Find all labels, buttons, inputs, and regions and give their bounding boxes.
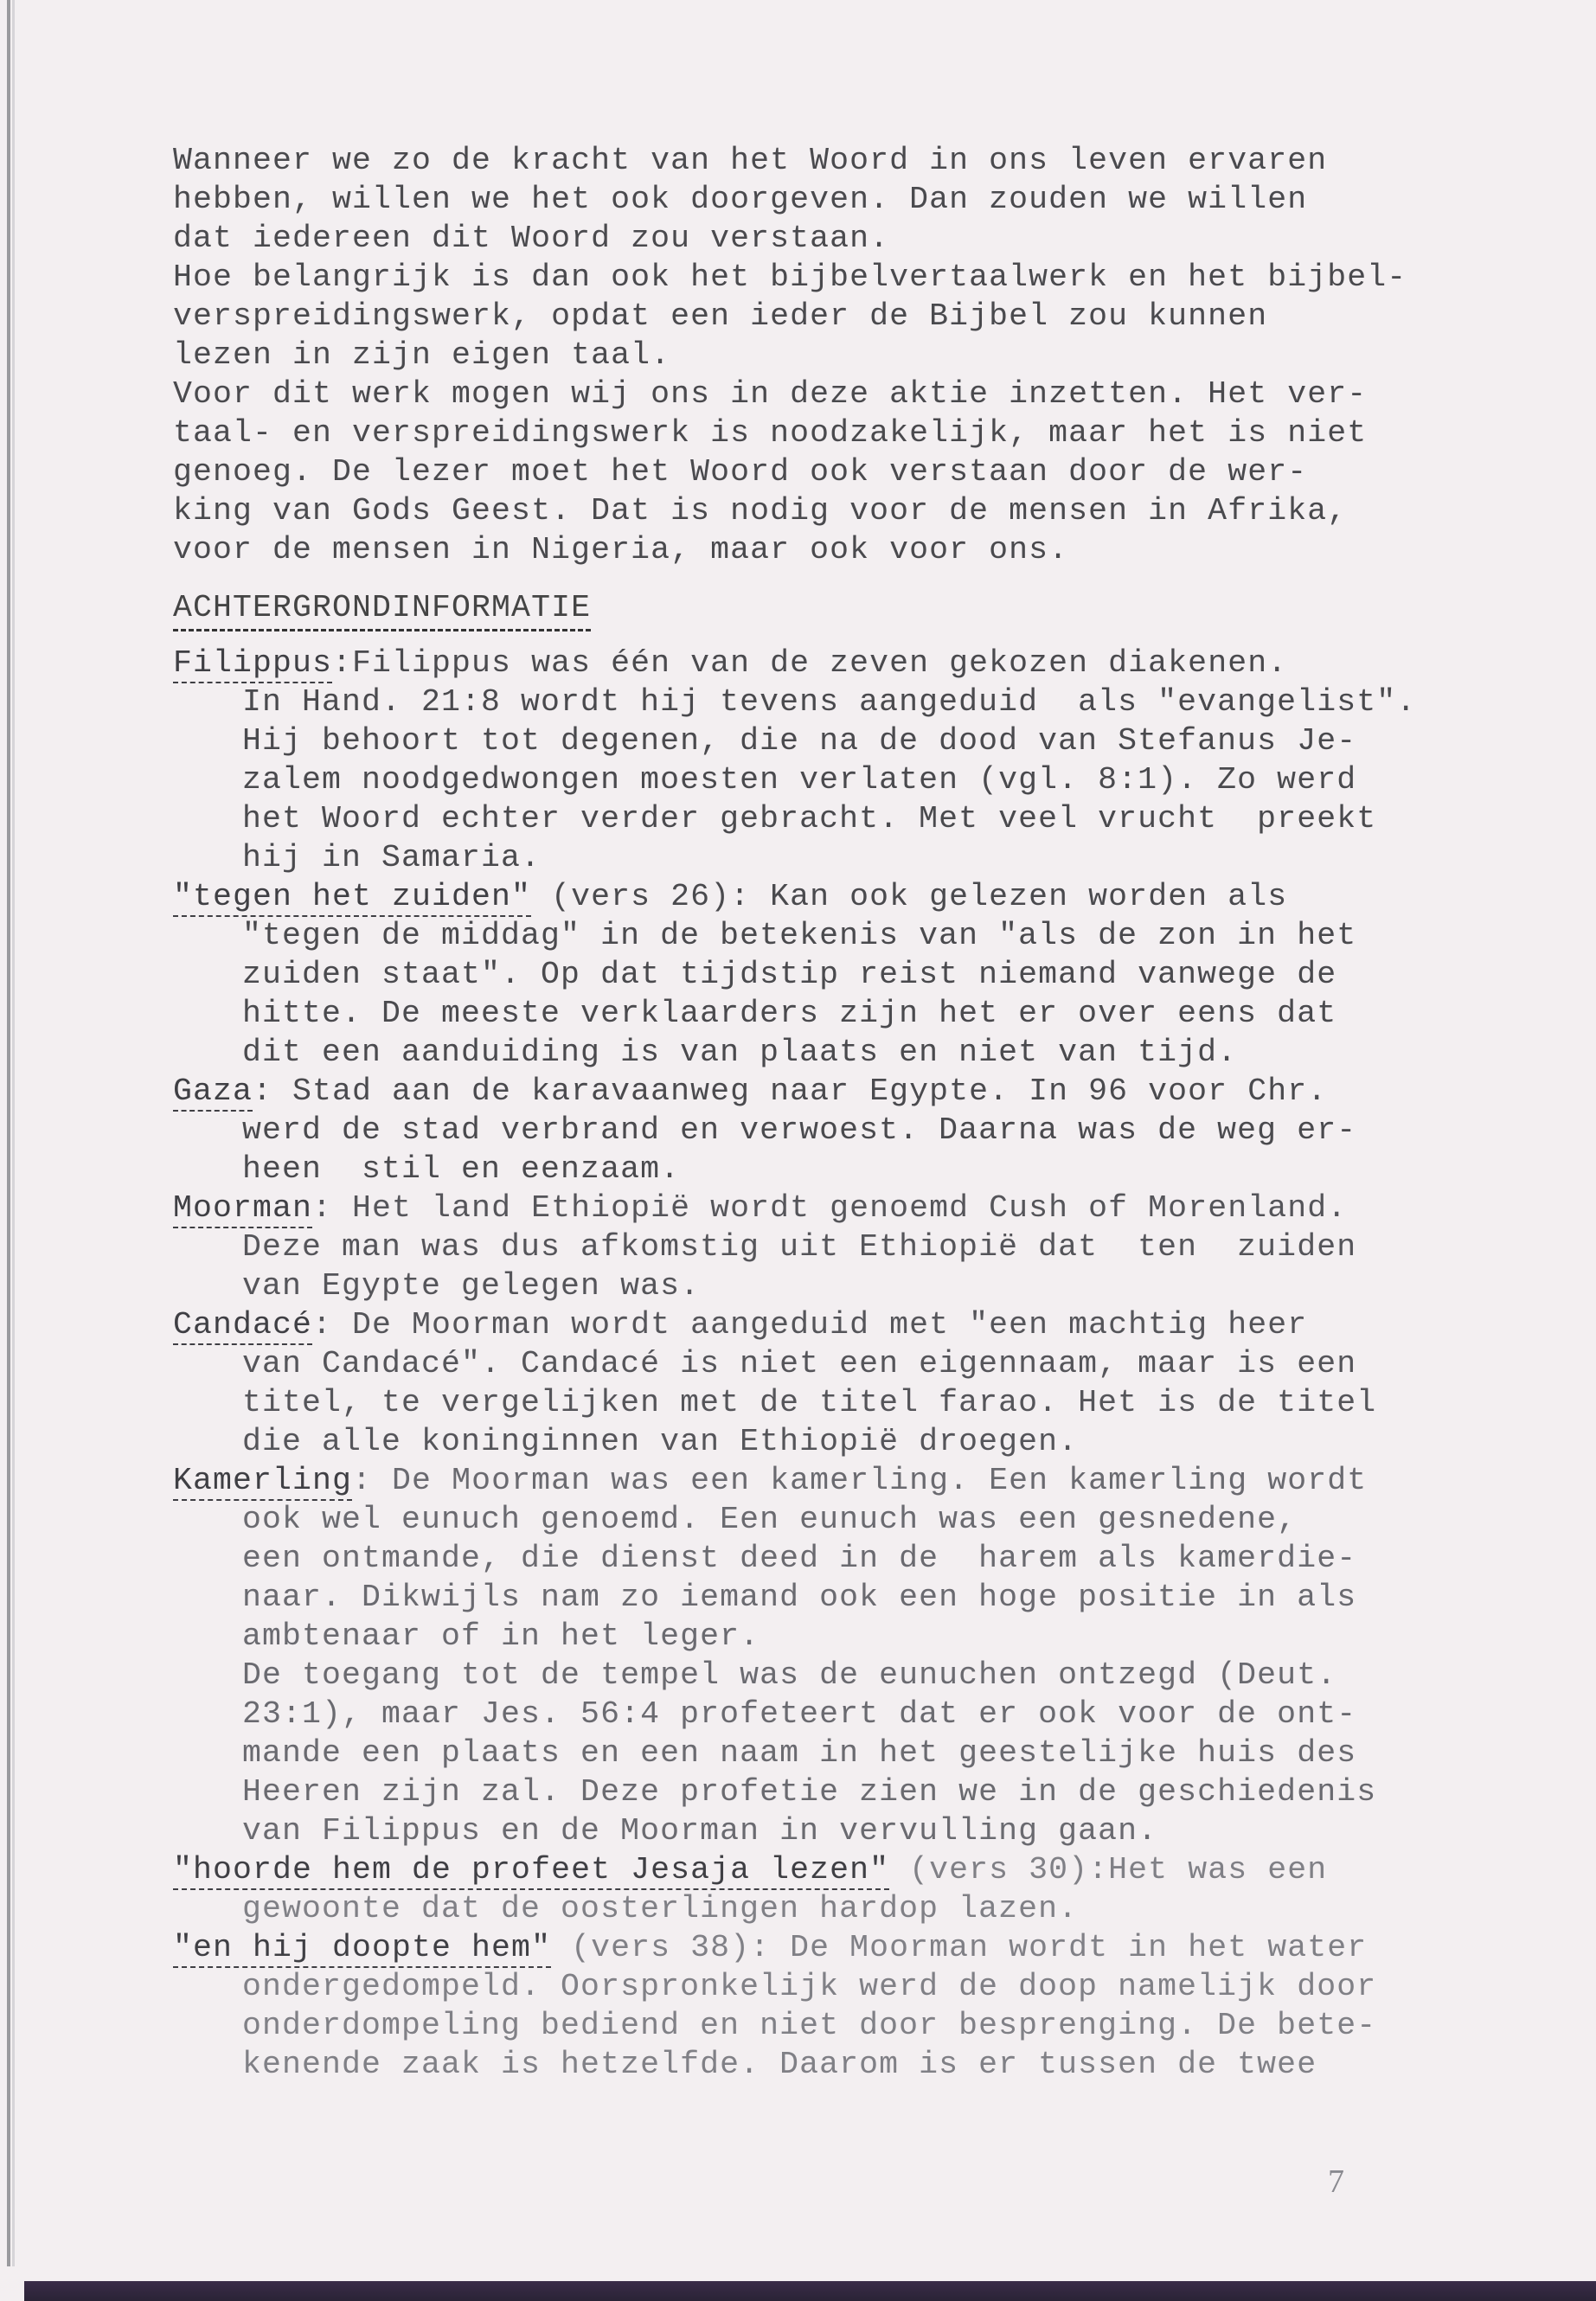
section-heading: ACHTERGRONDINFORMATIE (173, 588, 591, 631)
text-line: voor de mensen in Nigeria, maar ook voor… (173, 530, 1471, 569)
page-number: 7 (1328, 2163, 1344, 2201)
entry-line: dit een aanduiding is van plaats en niet… (173, 1033, 1471, 1072)
glossary-entry: "hoorde hem de profeet Jesaja lezen" (ve… (173, 1850, 1471, 1928)
entry-term: Candacé (173, 1307, 312, 1343)
glossary-entry: Gaza: Stad aan de karavaanweg naar Egypt… (173, 1072, 1471, 1189)
entry-first-line: "tegen het zuiden" (vers 26): Kan ook ge… (173, 877, 1471, 916)
entry-term: "hoorde hem de profeet Jesaja lezen" (173, 1852, 889, 1888)
glossary-entry: Kamerling: De Moorman was een kamerling.… (173, 1461, 1471, 1850)
entry-text: : De Moorman was een kamerling. Een kame… (352, 1463, 1367, 1498)
entry-line: van Candacé". Candacé is niet een eigenn… (173, 1344, 1471, 1383)
entry-first-line: Gaza: Stad aan de karavaanweg naar Egypt… (173, 1072, 1471, 1111)
scan-bottom-edge (24, 2281, 1596, 2301)
text-line: Hoe belangrijk is dan ook het bijbelvert… (173, 258, 1471, 297)
entry-text: (vers 26): Kan ook gelezen worden als (531, 879, 1287, 914)
entry-term: "tegen het zuiden" (173, 879, 531, 914)
entry-line: heen stil en eenzaam. (173, 1150, 1471, 1189)
entry-line: Deze man was dus afkomstig uit Ethiopië … (173, 1227, 1471, 1266)
entry-line: titel, te vergelijken met de titel farao… (173, 1383, 1471, 1422)
text-line: taal- en verspreidingswerk is noodzakeli… (173, 413, 1471, 452)
glossary-entry: Moorman: Het land Ethiopië wordt genoemd… (173, 1189, 1471, 1305)
entry-text: : Stad aan de karavaanweg naar Egypte. I… (253, 1074, 1327, 1109)
binding-edge-shadow (12, 0, 15, 2266)
entry-text: :Filippus was één van de zeven gekozen d… (332, 645, 1287, 681)
entry-line: 23:1), maar Jes. 56:4 profeteert dat er … (173, 1695, 1471, 1734)
entry-line: kenende zaak is hetzelfde. Daarom is er … (173, 2045, 1471, 2084)
entry-term: Gaza (173, 1074, 253, 1109)
text-line: hebben, willen we het ook doorgeven. Dan… (173, 180, 1471, 219)
entry-text: (vers 38): De Moorman wordt in het water (551, 1930, 1367, 1965)
entry-term: Kamerling (173, 1463, 352, 1498)
text-line: Voor dit werk mogen wij ons in deze akti… (173, 375, 1471, 413)
text-line: dat iedereen dit Woord zou verstaan. (173, 219, 1471, 258)
entry-first-line: Kamerling: De Moorman was een kamerling.… (173, 1461, 1471, 1500)
text-line: verspreidingswerk, opdat een ieder de Bi… (173, 297, 1471, 336)
background-entries: Filippus:Filippus was één van de zeven g… (173, 644, 1471, 2084)
text-line: Wanneer we zo de kracht van het Woord in… (173, 141, 1471, 180)
binding-edge (7, 0, 10, 2266)
entry-line: "tegen de middag" in de betekenis van "a… (173, 916, 1471, 955)
entry-line: ondergedompeld. Oorspronkelijk werd de d… (173, 1967, 1471, 2006)
entry-line: werd de stad verbrand en verwoest. Daarn… (173, 1111, 1471, 1150)
entry-line: Heeren zijn zal. Deze profetie zien we i… (173, 1772, 1471, 1811)
text-line: lezen in zijn eigen taal. (173, 336, 1471, 375)
entry-term: "en hij doopte hem" (173, 1930, 551, 1965)
entry-term: Filippus (173, 645, 332, 681)
text-line: king van Gods Geest. Dat is nodig voor d… (173, 491, 1471, 530)
entry-first-line: "en hij doopte hem" (vers 38): De Moorma… (173, 1928, 1471, 1967)
entry-first-line: Filippus:Filippus was één van de zeven g… (173, 644, 1471, 683)
intro-paragraphs: Wanneer we zo de kracht van het Woord in… (173, 141, 1471, 569)
entry-line: zalem noodgedwongen moesten verlaten (vg… (173, 760, 1471, 799)
entry-line: In Hand. 21:8 wordt hij tevens aangeduid… (173, 683, 1471, 721)
entry-text: (vers 30):Het was een (889, 1852, 1327, 1888)
entry-line: hij in Samaria. (173, 838, 1471, 877)
entry-first-line: "hoorde hem de profeet Jesaja lezen" (ve… (173, 1850, 1471, 1889)
entry-first-line: Candacé: De Moorman wordt aangeduid met … (173, 1305, 1471, 1344)
entry-line: onderdompeling bediend en niet door besp… (173, 2006, 1471, 2045)
entry-line: ook wel eunuch genoemd. Een eunuch was e… (173, 1500, 1471, 1539)
entry-text: : De Moorman wordt aangeduid met "een ma… (312, 1307, 1307, 1343)
entry-line: die alle koninginnen van Ethiopië droege… (173, 1422, 1471, 1461)
glossary-entry: Candacé: De Moorman wordt aangeduid met … (173, 1305, 1471, 1461)
entry-line: het Woord echter verder gebracht. Met ve… (173, 799, 1471, 838)
entry-first-line: Moorman: Het land Ethiopië wordt genoemd… (173, 1189, 1471, 1227)
page-body: Wanneer we zo de kracht van het Woord in… (173, 141, 1471, 2084)
entry-line: mande een plaats en een naam in het gees… (173, 1734, 1471, 1772)
entry-line: van Filippus en de Moorman in vervulling… (173, 1811, 1471, 1850)
entry-line: hitte. De meeste verklaarders zijn het e… (173, 994, 1471, 1033)
entry-line: een ontmande, die dienst deed in de hare… (173, 1539, 1471, 1578)
glossary-entry: "en hij doopte hem" (vers 38): De Moorma… (173, 1928, 1471, 2084)
glossary-entry: Filippus:Filippus was één van de zeven g… (173, 644, 1471, 877)
entry-line: naar. Dikwijls nam zo iemand ook een hog… (173, 1578, 1471, 1617)
glossary-entry: "tegen het zuiden" (vers 26): Kan ook ge… (173, 877, 1471, 1072)
entry-line: zuiden staat". Op dat tijdstip reist nie… (173, 955, 1471, 994)
text-line: genoeg. De lezer moet het Woord ook vers… (173, 452, 1471, 491)
entry-text: : Het land Ethiopië wordt genoemd Cush o… (312, 1190, 1347, 1226)
entry-term: Moorman (173, 1190, 312, 1226)
entry-line: gewoonte dat de oosterlingen hardop laze… (173, 1889, 1471, 1928)
entry-line: van Egypte gelegen was. (173, 1266, 1471, 1305)
entry-line: ambtenaar of in het leger. (173, 1617, 1471, 1656)
entry-line: De toegang tot de tempel was de eunuchen… (173, 1656, 1471, 1695)
entry-line: Hij behoort tot degenen, die na de dood … (173, 721, 1471, 760)
